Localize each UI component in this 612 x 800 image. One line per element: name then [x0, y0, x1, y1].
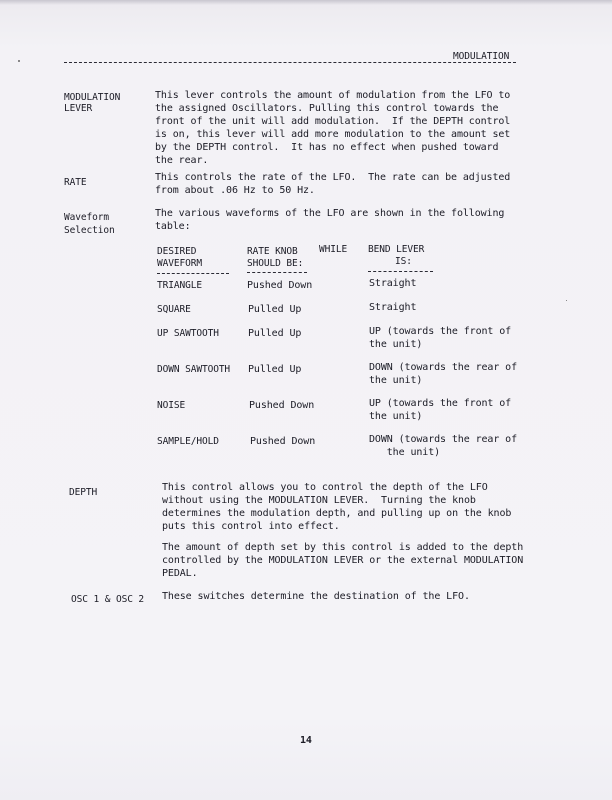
label-depth: DEPTH [69, 486, 154, 499]
table-cell-bend-lever: the unit) [369, 446, 440, 459]
table-cell-rate-knob: Pulled Up [248, 363, 301, 376]
scan-speck [18, 60, 20, 62]
table-cell-rate-knob: Pushed Down [247, 279, 312, 292]
table-cell-rate-knob: Pulled Up [248, 327, 301, 340]
modulation-lever-text-3: front of the unit will add modulation. I… [155, 115, 525, 128]
table-cell-bend-lever: DOWN (towards the rear of [369, 433, 517, 446]
depth-text-7: PEDAL. [162, 567, 532, 580]
osc-text: These switches determine the destination… [162, 590, 532, 603]
table-cell-waveform: SQUARE [157, 303, 191, 316]
scan-edge-shadow [0, 0, 612, 5]
table-cell-waveform: DOWN SAWTOOTH [157, 363, 230, 376]
depth-text-2: without using the MODULATION LEVER. Turn… [162, 494, 532, 507]
table-cell-bend-lever: UP (towards the front of [369, 325, 511, 338]
table-cell-waveform: TRIANGLE [157, 279, 202, 292]
label-waveform-2: Selection [64, 224, 149, 237]
rate-text-1: This controls the rate of the LFO. The r… [155, 171, 525, 184]
table-header-rate-2: SHOULD BE: [247, 257, 303, 270]
table-cell-bend-lever: the unit) [369, 338, 422, 351]
label-modulation-lever-2: LEVER [64, 102, 149, 115]
table-cell-rate-knob: Pulled Up [248, 303, 301, 316]
table-header-while: WHILE [319, 243, 347, 256]
manual-page: MODULATION MODULATION LEVER This lever c… [0, 0, 612, 800]
label-osc: OSC 1 & OSC 2 [71, 593, 171, 606]
modulation-lever-text-5: by the DEPTH control. It has no effect w… [155, 141, 525, 154]
rate-text-2: from about .06 Hz to 50 Hz. [155, 184, 525, 197]
label-rate: RATE [64, 176, 149, 189]
table-cell-waveform: NOISE [157, 399, 185, 412]
table-cell-bend-lever: the unit) [369, 374, 422, 387]
depth-text-4: puts this control into effect. [162, 520, 532, 533]
table-header-underline-1 [157, 273, 229, 274]
depth-text-1: This control allows you to control the d… [162, 481, 532, 494]
table-cell-rate-knob: Pushed Down [249, 399, 314, 412]
table-cell-waveform: UP SAWTOOTH [157, 327, 219, 340]
table-header-underline-3 [368, 271, 433, 272]
table-cell-bend-lever: the unit) [369, 410, 422, 423]
modulation-lever-text-4: is on, this lever will add more modulati… [155, 128, 525, 141]
page-number: 14 [300, 734, 312, 747]
table-cell-bend-lever: UP (towards the front of [369, 397, 511, 410]
header-rule [64, 62, 516, 63]
waveform-text-2: table: [155, 220, 525, 233]
label-waveform-1: Waveform [64, 211, 149, 224]
table-header-waveform-2: WAVEFORM [157, 257, 202, 270]
depth-text-3: determines the modulation depth, and pul… [162, 507, 532, 520]
table-cell-rate-knob: Pushed Down [250, 435, 315, 448]
table-cell-waveform: SAMPLE/HOLD [157, 435, 219, 448]
depth-text-5: The amount of depth set by this control … [162, 541, 532, 554]
scan-speck [566, 300, 567, 301]
depth-text-6: controlled by the MODULATION LEVER or th… [162, 554, 532, 567]
table-header-bend-2: IS: [395, 255, 412, 268]
modulation-lever-text-1: This lever controls the amount of modula… [155, 89, 525, 102]
table-cell-bend-lever: Straight [369, 277, 416, 290]
table-cell-bend-lever: Straight [369, 301, 416, 314]
waveform-text-1: The various waveforms of the LFO are sho… [155, 207, 525, 220]
modulation-lever-text-6: the rear. [155, 154, 525, 167]
modulation-lever-text-2: the assigned Oscillators. Pulling this c… [155, 102, 525, 115]
table-cell-bend-lever: DOWN (towards the rear of [369, 361, 517, 374]
table-header-underline-2 [247, 272, 307, 273]
